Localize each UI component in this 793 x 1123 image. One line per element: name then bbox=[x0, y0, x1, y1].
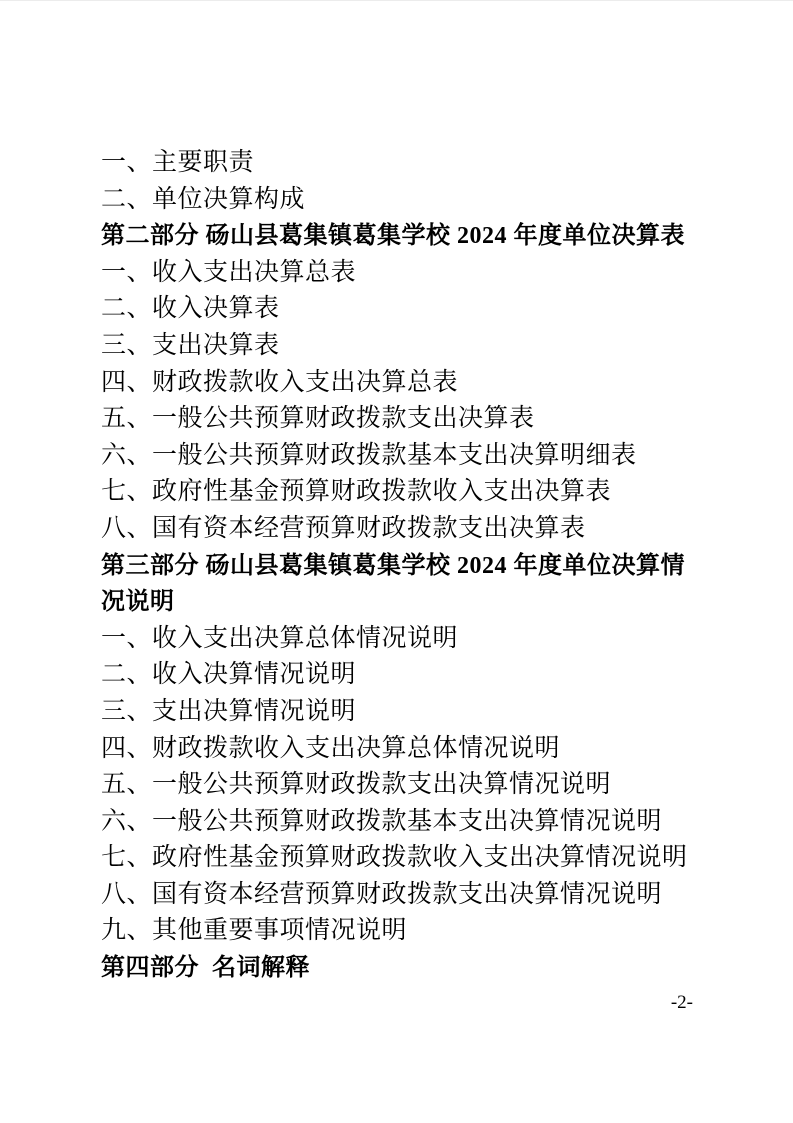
toc-item: 三、支出决算表 bbox=[101, 328, 693, 365]
toc-item: 五、一般公共预算财政拨款支出决算情况说明 bbox=[101, 767, 693, 804]
toc-item: 一、收入支出决算总体情况说明 bbox=[101, 621, 693, 658]
toc-item: 九、其他重要事项情况说明 bbox=[101, 913, 693, 950]
toc-item: 六、一般公共预算财政拨款基本支出决算明细表 bbox=[101, 438, 693, 475]
toc-item: 二、单位决算构成 bbox=[101, 182, 693, 219]
section-heading: 第二部分 砀山县葛集镇葛集学校 2024 年度单位决算表 bbox=[101, 218, 693, 255]
toc-item: 八、国有资本经营预算财政拨款支出决算情况说明 bbox=[101, 877, 693, 914]
section-heading: 第四部分 名词解释 bbox=[101, 950, 693, 987]
toc-item: 二、收入决算情况说明 bbox=[101, 657, 693, 694]
toc-item: 七、政府性基金预算财政拨款收入支出决算情况说明 bbox=[101, 840, 693, 877]
toc-item: 六、一般公共预算财政拨款基本支出决算情况说明 bbox=[101, 804, 693, 841]
page-number: -2- bbox=[671, 992, 693, 1014]
toc-item: 一、主要职责 bbox=[101, 145, 693, 182]
toc-item: 四、财政拨款收入支出决算总体情况说明 bbox=[101, 731, 693, 768]
toc-item: 五、一般公共预算财政拨款支出决算表 bbox=[101, 401, 693, 438]
toc-item: 一、收入支出决算总表 bbox=[101, 255, 693, 292]
toc-item: 二、收入决算表 bbox=[101, 291, 693, 328]
document-page: 一、主要职责 二、单位决算构成 第二部分 砀山县葛集镇葛集学校 2024 年度单… bbox=[0, 0, 793, 1123]
toc-content: 一、主要职责 二、单位决算构成 第二部分 砀山县葛集镇葛集学校 2024 年度单… bbox=[101, 145, 693, 987]
toc-item: 三、支出决算情况说明 bbox=[101, 694, 693, 731]
section-heading: 第三部分 砀山县葛集镇葛集学校 2024 年度单位决算情况说明 bbox=[101, 548, 693, 621]
toc-item: 七、政府性基金预算财政拨款收入支出决算表 bbox=[101, 474, 693, 511]
toc-item: 四、财政拨款收入支出决算总表 bbox=[101, 365, 693, 402]
toc-item: 八、国有资本经营预算财政拨款支出决算表 bbox=[101, 511, 693, 548]
